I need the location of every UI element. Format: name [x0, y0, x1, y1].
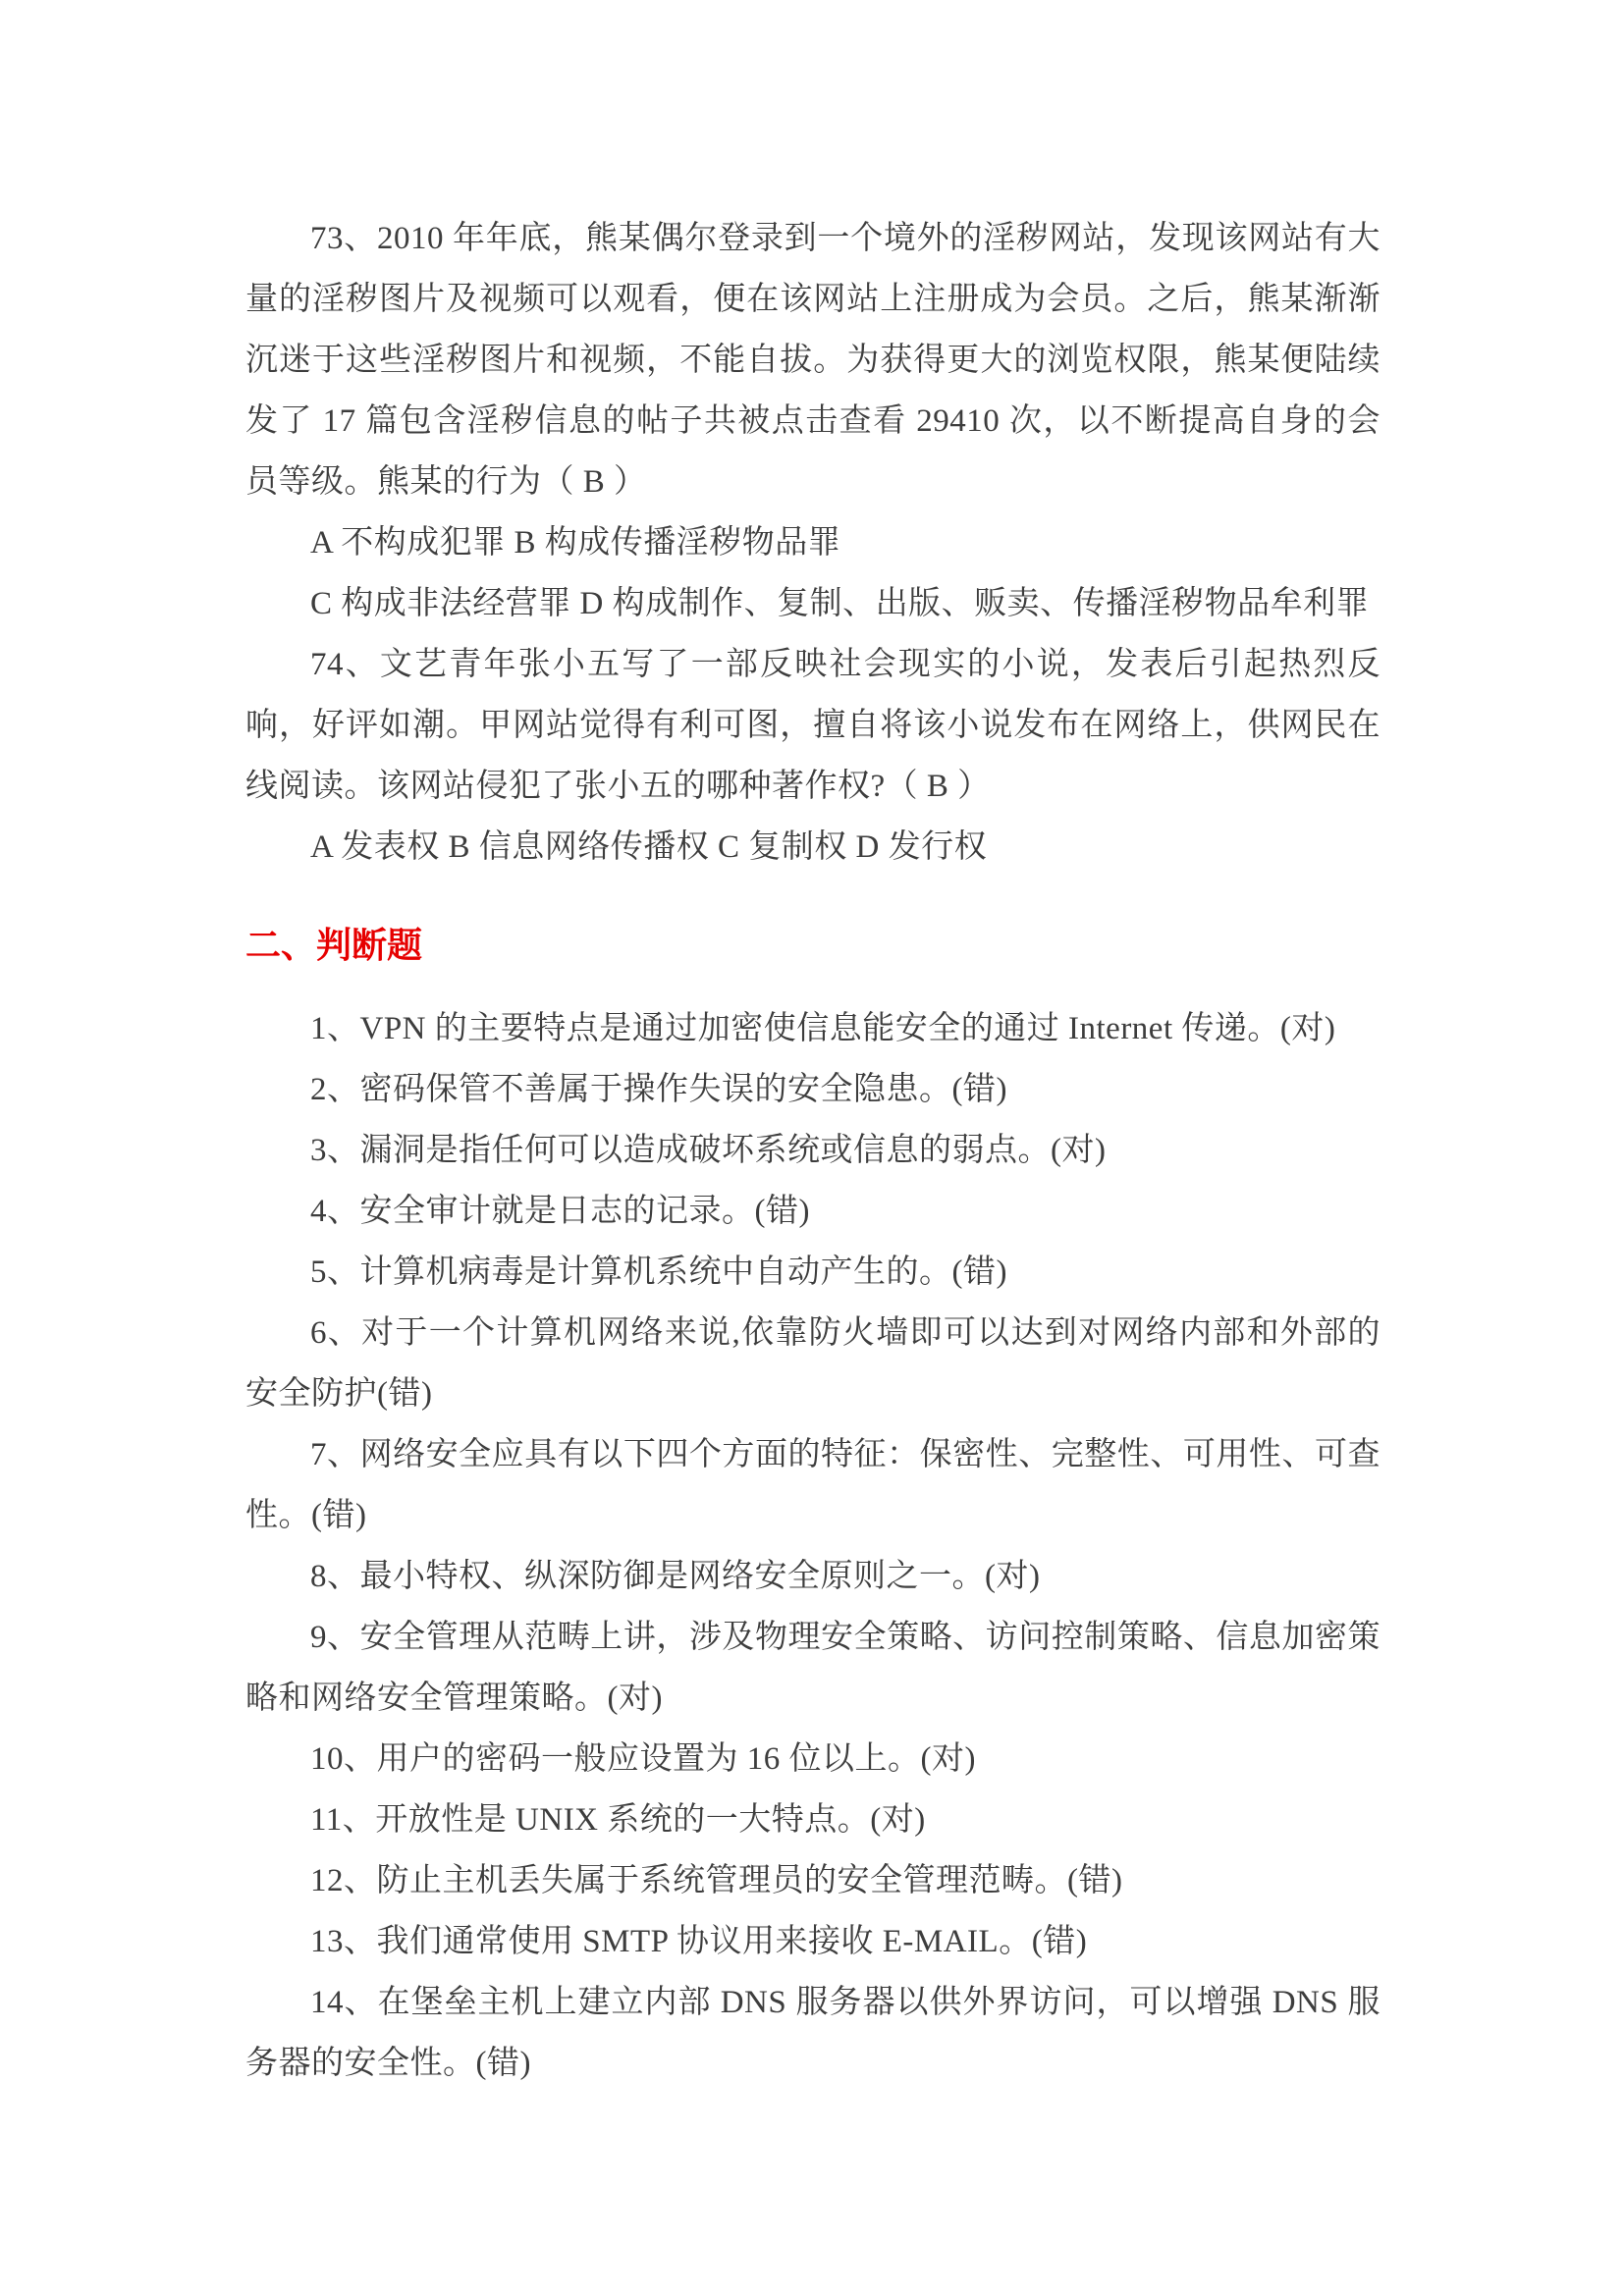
document-content: 73、2010 年年底，熊某偶尔登录到一个境外的淫秽网站，发现该网站有大量的淫秽… — [245, 208, 1380, 2094]
tf-item-6: 6、对于一个计算机网络来说,依靠防火墙即可以达到对网络内部和外部的安全防护(错) — [245, 1303, 1380, 1424]
tf-item-1: 1、VPN 的主要特点是通过加密使信息能安全的通过 Internet 传递。(对… — [245, 998, 1380, 1059]
tf-item-12: 12、防止主机丢失属于系统管理员的安全管理范畴。(错) — [245, 1850, 1380, 1911]
question-74-options-abcd: A 发表权 B 信息网络传播权 C 复制权 D 发行权 — [245, 817, 1380, 878]
tf-item-3: 3、漏洞是指任何可以造成破坏系统或信息的弱点。(对) — [245, 1120, 1380, 1181]
question-74-text: 74、文艺青年张小五写了一部反映社会现实的小说，发表后引起热烈反响，好评如潮。甲… — [245, 634, 1380, 817]
tf-item-9: 9、安全管理从范畴上讲，涉及物理安全策略、访问控制策略、信息加密策略和网络安全管… — [245, 1607, 1380, 1729]
tf-item-11: 11、开放性是 UNIX 系统的一大特点。(对) — [245, 1789, 1380, 1850]
tf-item-7: 7、网络安全应具有以下四个方面的特征：保密性、完整性、可用性、可查性。(错) — [245, 1424, 1380, 1546]
tf-item-4: 4、安全审计就是日志的记录。(错) — [245, 1181, 1380, 1242]
question-73-options-cd: C 构成非法经营罪 D 构成制作、复制、出版、贩卖、传播淫秽物品牟利罪 — [245, 573, 1380, 634]
tf-item-10: 10、用户的密码一般应设置为 16 位以上。(对) — [245, 1729, 1380, 1789]
tf-item-5: 5、计算机病毒是计算机系统中自动产生的。(错) — [245, 1242, 1380, 1303]
section-heading-judgment: 二、判断题 — [245, 915, 1380, 976]
tf-item-2: 2、密码保管不善属于操作失误的安全隐患。(错) — [245, 1059, 1380, 1120]
question-73-options-ab: A 不构成犯罪 B 构成传播淫秽物品罪 — [245, 512, 1380, 573]
tf-item-14: 14、在堡垒主机上建立内部 DNS 服务器以供外界访问，可以增强 DNS 服务器… — [245, 1972, 1380, 2094]
tf-item-13: 13、我们通常使用 SMTP 协议用来接收 E-MAIL。(错) — [245, 1911, 1380, 1972]
question-73-text: 73、2010 年年底，熊某偶尔登录到一个境外的淫秽网站，发现该网站有大量的淫秽… — [245, 208, 1380, 512]
document-page: 73、2010 年年底，熊某偶尔登录到一个境外的淫秽网站，发现该网站有大量的淫秽… — [0, 0, 1624, 2296]
tf-item-8: 8、最小特权、纵深防御是网络安全原则之一。(对) — [245, 1546, 1380, 1607]
